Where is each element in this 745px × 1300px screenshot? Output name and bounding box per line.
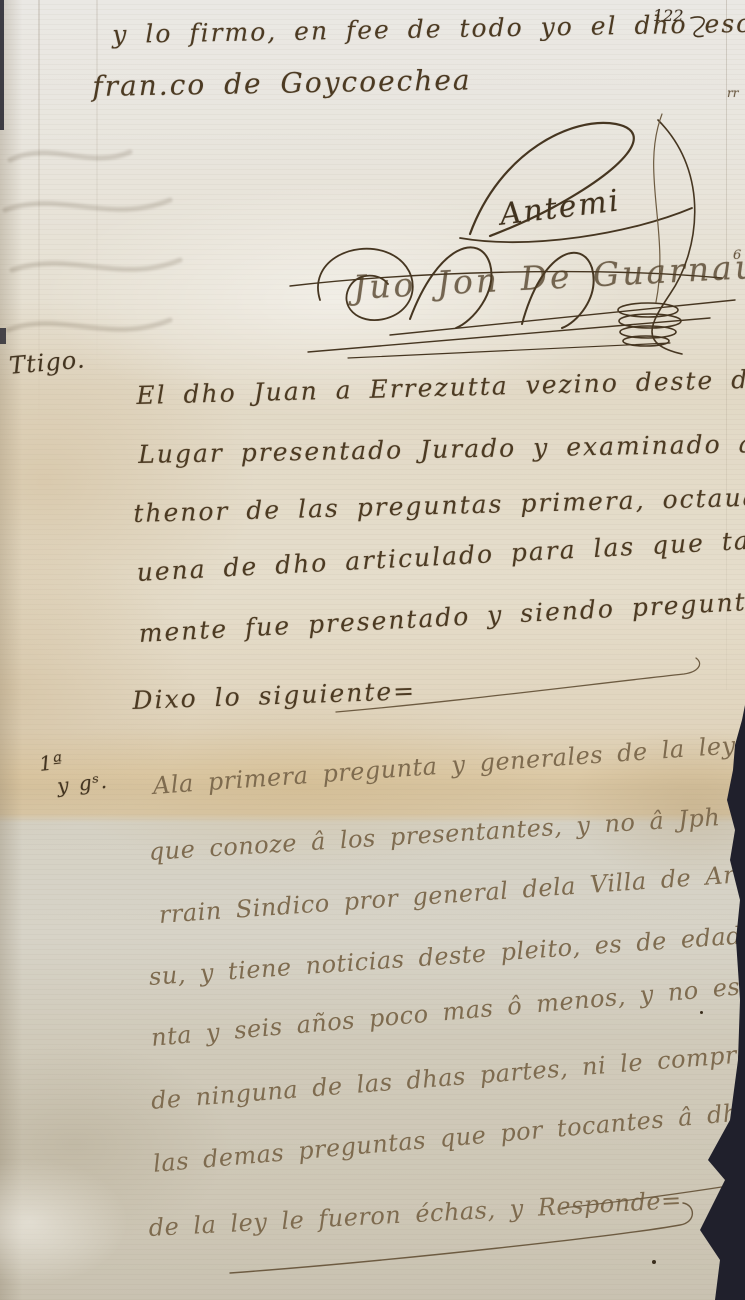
ink-rule-after-siguiente: [332, 658, 722, 720]
ink-rule-bottom: [225, 1195, 715, 1280]
notary-name-line: fran.co de Goycoechea: [92, 63, 472, 103]
rubric-tall-flourish: [600, 112, 730, 362]
manuscript-scan: 122 rr 6 y lo firmo, en fee de todo yo e…: [0, 0, 745, 1300]
scan-edge-left: [0, 328, 6, 344]
scan-edge-left: [0, 0, 4, 130]
torn-edge-right: [685, 705, 745, 1300]
margin-note-question-1: 1ª: [38, 749, 65, 775]
edge-mark-rr: rr: [727, 86, 738, 100]
ink-dot: [652, 1260, 656, 1264]
